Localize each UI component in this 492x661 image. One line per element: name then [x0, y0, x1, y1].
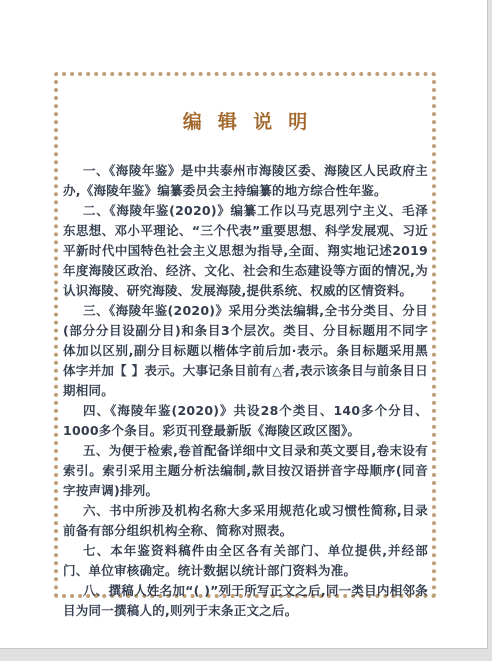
scanned-page: 编辑说明 一、《海陵年鉴》是中共泰州市海陵区委、海陵区人民政府主办,《海陵年鉴》…	[0, 0, 488, 649]
paragraph: 七、本年鉴资料稿件由全区各有关部门、单位提供,并经部门、单位审核确定。统计数据以…	[63, 541, 428, 581]
paragraph: 二、《海陵年鉴(2020)》编纂工作以马克思列宁主义、毛泽东思想、邓小平理论、“…	[63, 201, 428, 301]
paragraph: 六、书中所涉及机构名称大多采用规范化或习惯性简称,目录前备有部分组织机构全称、简…	[63, 501, 428, 541]
paragraph: 一、《海陵年鉴》是中共泰州市海陵区委、海陵区人民政府主办,《海陵年鉴》编纂委员会…	[63, 161, 428, 201]
editorial-notes-body: 一、《海陵年鉴》是中共泰州市海陵区委、海陵区人民政府主办,《海陵年鉴》编纂委员会…	[63, 161, 428, 621]
paragraph: 八、撰稿人姓名加“( )”列于所写正文之后,同一类目内相邻条目为同一撰稿人的,则…	[63, 581, 428, 621]
paragraph: 五、为便于检索,卷首配备详细中文目录和英文要目,卷末设有索引。索引采用主题分析法…	[63, 441, 428, 501]
paragraph: 三、《海陵年鉴(2020)》采用分类法编辑,全书分类目、分目(部分分目设副分目)…	[63, 301, 428, 401]
paragraph: 四、《海陵年鉴(2020)》共设28个类目、140多个分目、1000多个条目。彩…	[63, 401, 428, 441]
page-title: 编辑说明	[58, 109, 432, 135]
decorative-border: 编辑说明 一、《海陵年鉴》是中共泰州市海陵区委、海陵区人民政府主办,《海陵年鉴》…	[54, 72, 436, 598]
